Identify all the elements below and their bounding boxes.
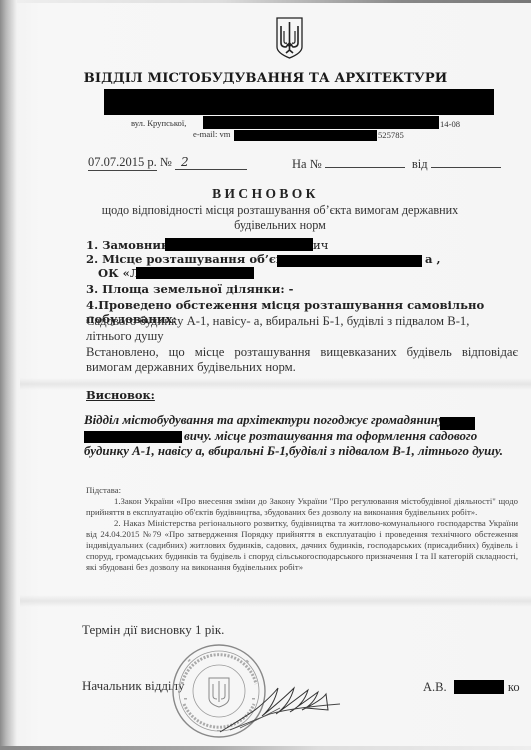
organization-title: ВІДДІЛ МІСТОБУДУВАННЯ ТА АРХІТЕКТУРИ bbox=[0, 71, 531, 86]
number-label: № bbox=[160, 155, 172, 169]
reply-date-blank bbox=[431, 155, 501, 168]
signer-initials: А.В. bbox=[423, 680, 447, 694]
subtitle-line: щодо відповідності місця розташування об… bbox=[70, 203, 490, 218]
document-subtitle: щодо відповідності місця розташування об… bbox=[70, 203, 490, 233]
redaction-block bbox=[136, 267, 254, 279]
buildings-line: Садового будинку А-1, навісу- а, вбираль… bbox=[86, 314, 518, 329]
conclusion-heading: Висновок: bbox=[86, 388, 155, 402]
customer-suffix: ич bbox=[313, 238, 328, 252]
scanned-document-page: ВІДДІЛ МІСТОБУДУВАННЯ ТА АРХІТЕКТУРИ вул… bbox=[0, 0, 531, 750]
validity-term: Термін дії висновку 1 рік. bbox=[82, 622, 224, 638]
basis-section: Підстава: 1.Закон України «Про внесення … bbox=[86, 485, 518, 573]
redaction-block bbox=[104, 89, 494, 115]
location-line2: ОК «Л bbox=[98, 266, 140, 280]
address-suffix: 14-08 bbox=[440, 119, 460, 129]
address-prefix: вул. Крупської, bbox=[131, 118, 186, 128]
buildings-list: Садового будинку А-1, навісу- а, вбираль… bbox=[86, 314, 518, 344]
trident-coat-of-arms-icon bbox=[276, 17, 303, 59]
redaction-block bbox=[454, 680, 504, 694]
redaction-block bbox=[234, 130, 377, 141]
document-date: 07.07.2015 р. bbox=[88, 155, 157, 171]
signer-surname-suffix: ко bbox=[508, 680, 520, 694]
reply-number-blank bbox=[325, 155, 405, 168]
customer-label: 1. Замовник: bbox=[86, 238, 174, 252]
redaction-block bbox=[84, 431, 182, 443]
conclusion-line: будинку А-1, навісу а, вбиральні Б-1,буд… bbox=[84, 444, 524, 460]
document-number: 2 bbox=[175, 155, 247, 170]
document-title: ВИСНОВОК bbox=[0, 186, 531, 202]
established-line: Встановлено, що місце розташування вищев… bbox=[86, 345, 518, 360]
reply-to-label: На № bbox=[292, 157, 322, 171]
redaction-block bbox=[203, 116, 439, 129]
location-suffix: а , bbox=[425, 252, 441, 266]
reply-reference: На № від bbox=[292, 155, 501, 172]
email-prefix: e-mail: vm bbox=[193, 129, 230, 139]
subtitle-line: будівельних норм bbox=[70, 218, 490, 233]
redaction-block bbox=[165, 238, 313, 251]
basis-label: Підстава: bbox=[86, 485, 518, 496]
from-label: від bbox=[412, 157, 428, 171]
basis-item: 1.Закон України «Про внесення зміни до З… bbox=[86, 496, 518, 518]
basis-item: 2. Наказ Міністерства регіонального розв… bbox=[86, 518, 518, 573]
redaction-block bbox=[277, 255, 422, 267]
redaction-block bbox=[440, 417, 475, 430]
buildings-line: літнього душу bbox=[86, 329, 518, 344]
reference-date-row: 07.07.2015 р. № 2 bbox=[88, 155, 247, 171]
area-label: 3. Площа земельної ділянки: - bbox=[86, 282, 293, 296]
established-line: вимогам державних будівельних норм. bbox=[86, 360, 518, 375]
handwritten-signature-icon bbox=[210, 670, 350, 740]
location-label: 2. Місце розташування об’єкта : bbox=[86, 252, 307, 266]
email-suffix: 525785 bbox=[378, 130, 404, 140]
signer-name: А.В. ко bbox=[423, 680, 520, 695]
established-paragraph: Встановлено, що місце розташування вищев… bbox=[86, 345, 518, 375]
paper-crease bbox=[20, 595, 531, 607]
